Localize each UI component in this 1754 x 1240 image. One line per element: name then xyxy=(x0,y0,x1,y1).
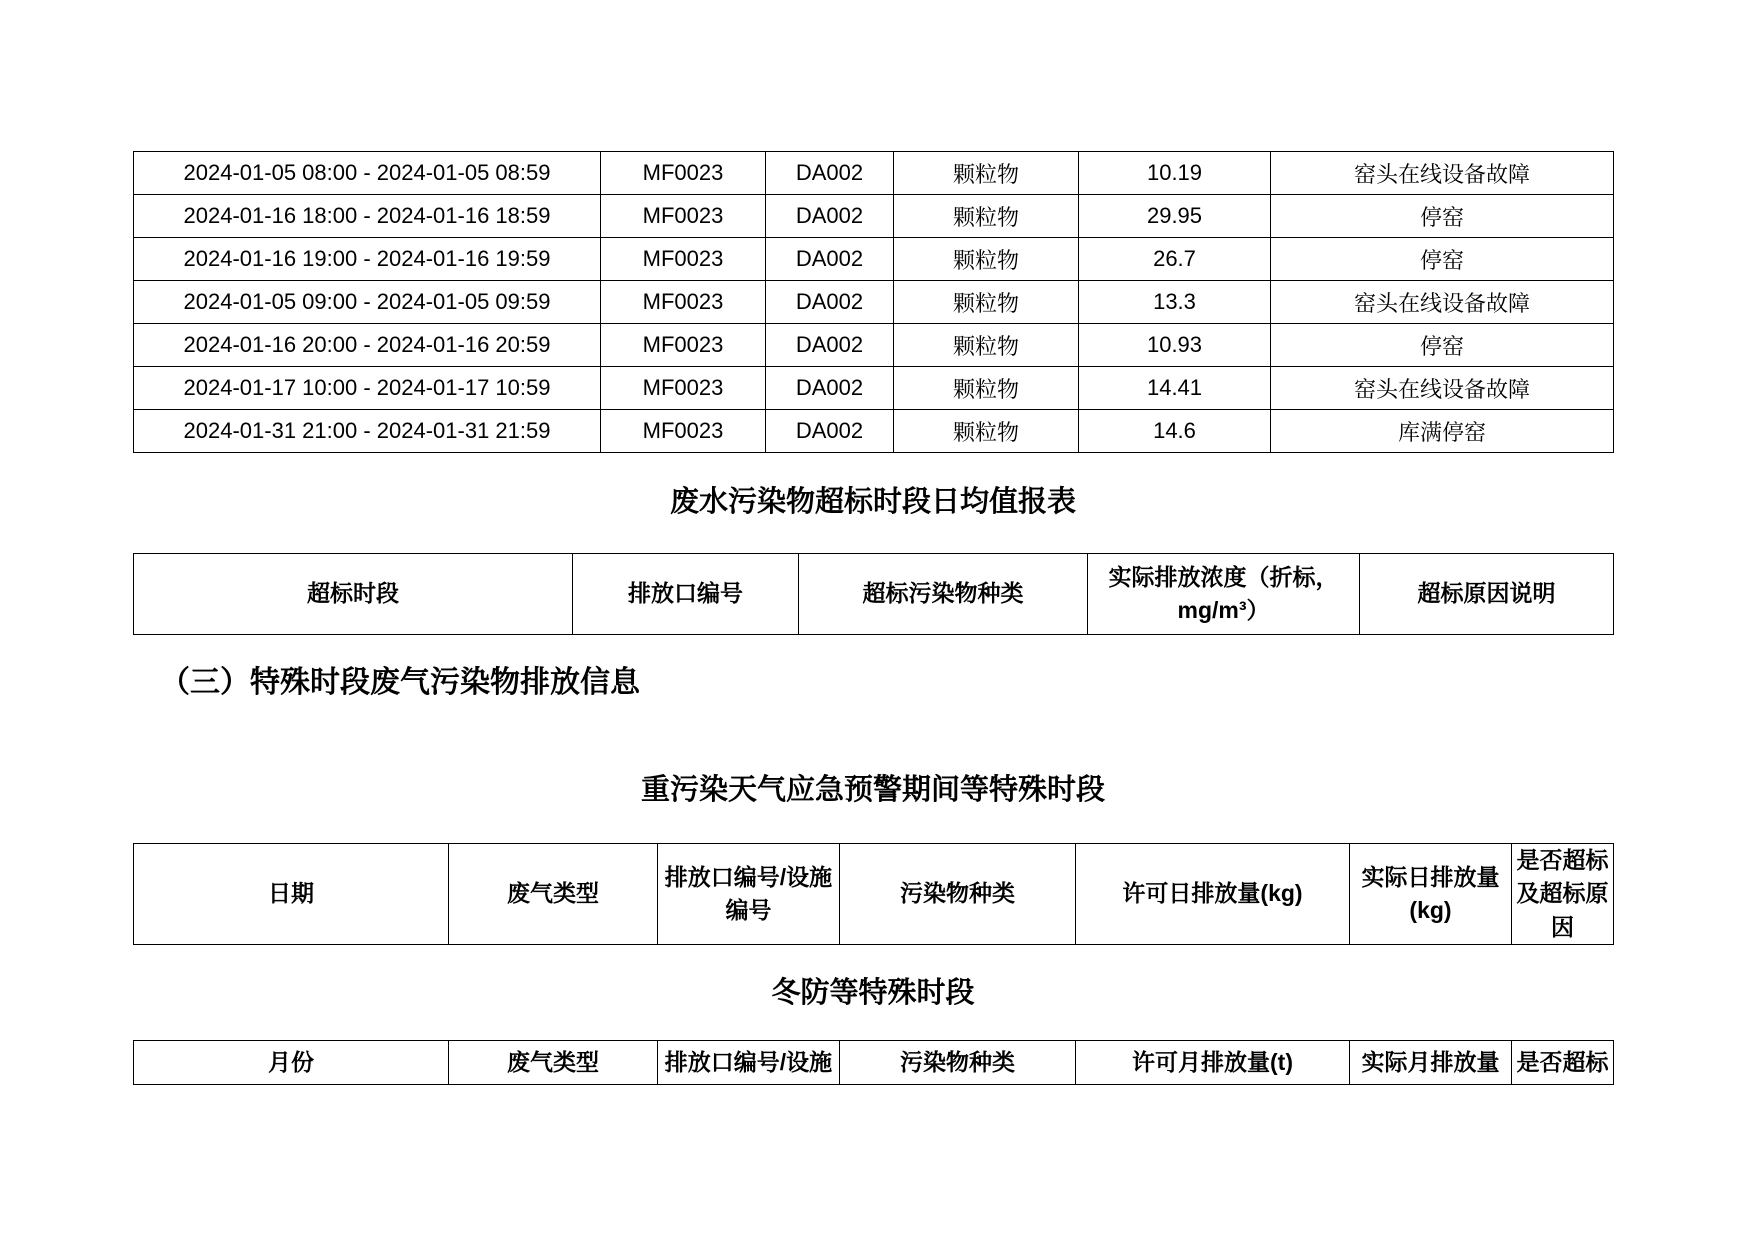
column-header-actual-daily: 实际日排放量 (kg) xyxy=(1350,844,1512,945)
outlet-cell: MF0023 xyxy=(601,367,766,410)
heavy-pollution-special-period-table: 日期 废气类型 排放口编号/设施 编号 污染物种类 许可日排放量(kg) 实际日… xyxy=(133,843,1614,945)
special-period-table-title: 重污染天气应急预警期间等特殊时段 xyxy=(133,772,1613,808)
concentration-cell: 13.3 xyxy=(1079,281,1271,324)
concentration-cell: 14.41 xyxy=(1079,367,1271,410)
pollutant-cell: 颗粒物 xyxy=(894,238,1079,281)
table-row: 2024-01-05 09:00 - 2024-01-05 09:59 MF00… xyxy=(134,281,1614,324)
concentration-cell: 10.93 xyxy=(1079,324,1271,367)
table-header-row: 超标时段 排放口编号 超标污染物种类 实际排放浓度（折标， mg/m³） 超标原… xyxy=(134,554,1614,635)
column-header-outlet-facility: 排放口编号/设施 编号 xyxy=(658,844,840,945)
outlet-cell: MF0023 xyxy=(601,410,766,453)
vent-cell: DA002 xyxy=(766,281,894,324)
period-cell: 2024-01-16 20:00 - 2024-01-16 20:59 xyxy=(134,324,601,367)
table-row: 2024-01-05 08:00 - 2024-01-05 08:59 MF00… xyxy=(134,152,1614,195)
outlet-cell: MF0023 xyxy=(601,324,766,367)
period-cell: 2024-01-16 19:00 - 2024-01-16 19:59 xyxy=(134,238,601,281)
table-header-row: 日期 废气类型 排放口编号/设施 编号 污染物种类 许可日排放量(kg) 实际日… xyxy=(134,844,1614,945)
period-cell: 2024-01-05 08:00 - 2024-01-05 08:59 xyxy=(134,152,601,195)
reason-cell: 停窑 xyxy=(1271,238,1614,281)
column-header-gas-type: 废气类型 xyxy=(449,844,658,945)
pollutant-cell: 颗粒物 xyxy=(894,152,1079,195)
vent-cell: DA002 xyxy=(766,152,894,195)
pollutant-cell: 颗粒物 xyxy=(894,195,1079,238)
column-header-pollutant-type: 污染物种类 xyxy=(840,844,1076,945)
reason-cell: 停窑 xyxy=(1271,195,1614,238)
concentration-cell: 10.19 xyxy=(1079,152,1271,195)
table-header-row: 月份 废气类型 排放口编号/设施 污染物种类 许可月排放量(t) 实际月排放量 … xyxy=(134,1041,1614,1085)
table-row: 2024-01-16 19:00 - 2024-01-16 19:59 MF00… xyxy=(134,238,1614,281)
column-header-permitted-monthly: 许可月排放量(t) xyxy=(1076,1041,1350,1085)
column-header-gas-type: 废气类型 xyxy=(449,1041,658,1085)
pollutant-cell: 颗粒物 xyxy=(894,410,1079,453)
reason-cell: 库满停窑 xyxy=(1271,410,1614,453)
column-header-pollutant-type: 超标污染物种类 xyxy=(799,554,1088,635)
concentration-cell: 29.95 xyxy=(1079,195,1271,238)
column-header-reason: 超标原因说明 xyxy=(1360,554,1614,635)
column-header-permitted-daily: 许可日排放量(kg) xyxy=(1076,844,1350,945)
vent-cell: DA002 xyxy=(766,195,894,238)
outlet-cell: MF0023 xyxy=(601,281,766,324)
concentration-cell: 26.7 xyxy=(1079,238,1271,281)
document-page: 2024-01-05 08:00 - 2024-01-05 08:59 MF00… xyxy=(0,0,1754,1240)
column-header-month: 月份 xyxy=(134,1041,449,1085)
column-header-pollutant-type: 污染物种类 xyxy=(840,1041,1076,1085)
wastewater-table-title: 废水污染物超标时段日均值报表 xyxy=(133,484,1613,520)
column-header-actual-monthly: 实际月排放量 xyxy=(1350,1041,1512,1085)
column-header-outlet: 排放口编号 xyxy=(573,554,799,635)
vent-cell: DA002 xyxy=(766,238,894,281)
column-header-over-limit: 是否超标 及超标原 因 xyxy=(1512,844,1614,945)
period-cell: 2024-01-31 21:00 - 2024-01-31 21:59 xyxy=(134,410,601,453)
table-row: 2024-01-17 10:00 - 2024-01-17 10:59 MF00… xyxy=(134,367,1614,410)
pollutant-cell: 颗粒物 xyxy=(894,367,1079,410)
pollutant-cell: 颗粒物 xyxy=(894,281,1079,324)
outlet-cell: MF0023 xyxy=(601,238,766,281)
winter-special-period-table: 月份 废气类型 排放口编号/设施 污染物种类 许可月排放量(t) 实际月排放量 … xyxy=(133,1040,1614,1085)
vent-cell: DA002 xyxy=(766,367,894,410)
table-row: 2024-01-31 21:00 - 2024-01-31 21:59 MF00… xyxy=(134,410,1614,453)
reason-cell: 停窑 xyxy=(1271,324,1614,367)
table-row: 2024-01-16 18:00 - 2024-01-16 18:59 MF00… xyxy=(134,195,1614,238)
outlet-cell: MF0023 xyxy=(601,152,766,195)
column-header-over-limit: 是否超标 xyxy=(1512,1041,1614,1085)
period-cell: 2024-01-16 18:00 - 2024-01-16 18:59 xyxy=(134,195,601,238)
column-header-period: 超标时段 xyxy=(134,554,573,635)
wastewater-exceedance-table: 超标时段 排放口编号 超标污染物种类 实际排放浓度（折标， mg/m³） 超标原… xyxy=(133,553,1614,635)
pollutant-cell: 颗粒物 xyxy=(894,324,1079,367)
vent-cell: DA002 xyxy=(766,324,894,367)
reason-cell: 窑头在线设备故障 xyxy=(1271,367,1614,410)
column-header-concentration: 实际排放浓度（折标， mg/m³） xyxy=(1088,554,1360,635)
period-cell: 2024-01-17 10:00 - 2024-01-17 10:59 xyxy=(134,367,601,410)
period-cell: 2024-01-05 09:00 - 2024-01-05 09:59 xyxy=(134,281,601,324)
outlet-cell: MF0023 xyxy=(601,195,766,238)
exceedance-records-table: 2024-01-05 08:00 - 2024-01-05 08:59 MF00… xyxy=(133,151,1614,453)
winter-period-table-title: 冬防等特殊时段 xyxy=(133,975,1613,1011)
concentration-cell: 14.6 xyxy=(1079,410,1271,453)
reason-cell: 窑头在线设备故障 xyxy=(1271,152,1614,195)
section-heading: （三）特殊时段废气污染物排放信息 xyxy=(160,664,640,702)
vent-cell: DA002 xyxy=(766,410,894,453)
column-header-date: 日期 xyxy=(134,844,449,945)
column-header-outlet-facility: 排放口编号/设施 xyxy=(658,1041,840,1085)
table-row: 2024-01-16 20:00 - 2024-01-16 20:59 MF00… xyxy=(134,324,1614,367)
reason-cell: 窑头在线设备故障 xyxy=(1271,281,1614,324)
